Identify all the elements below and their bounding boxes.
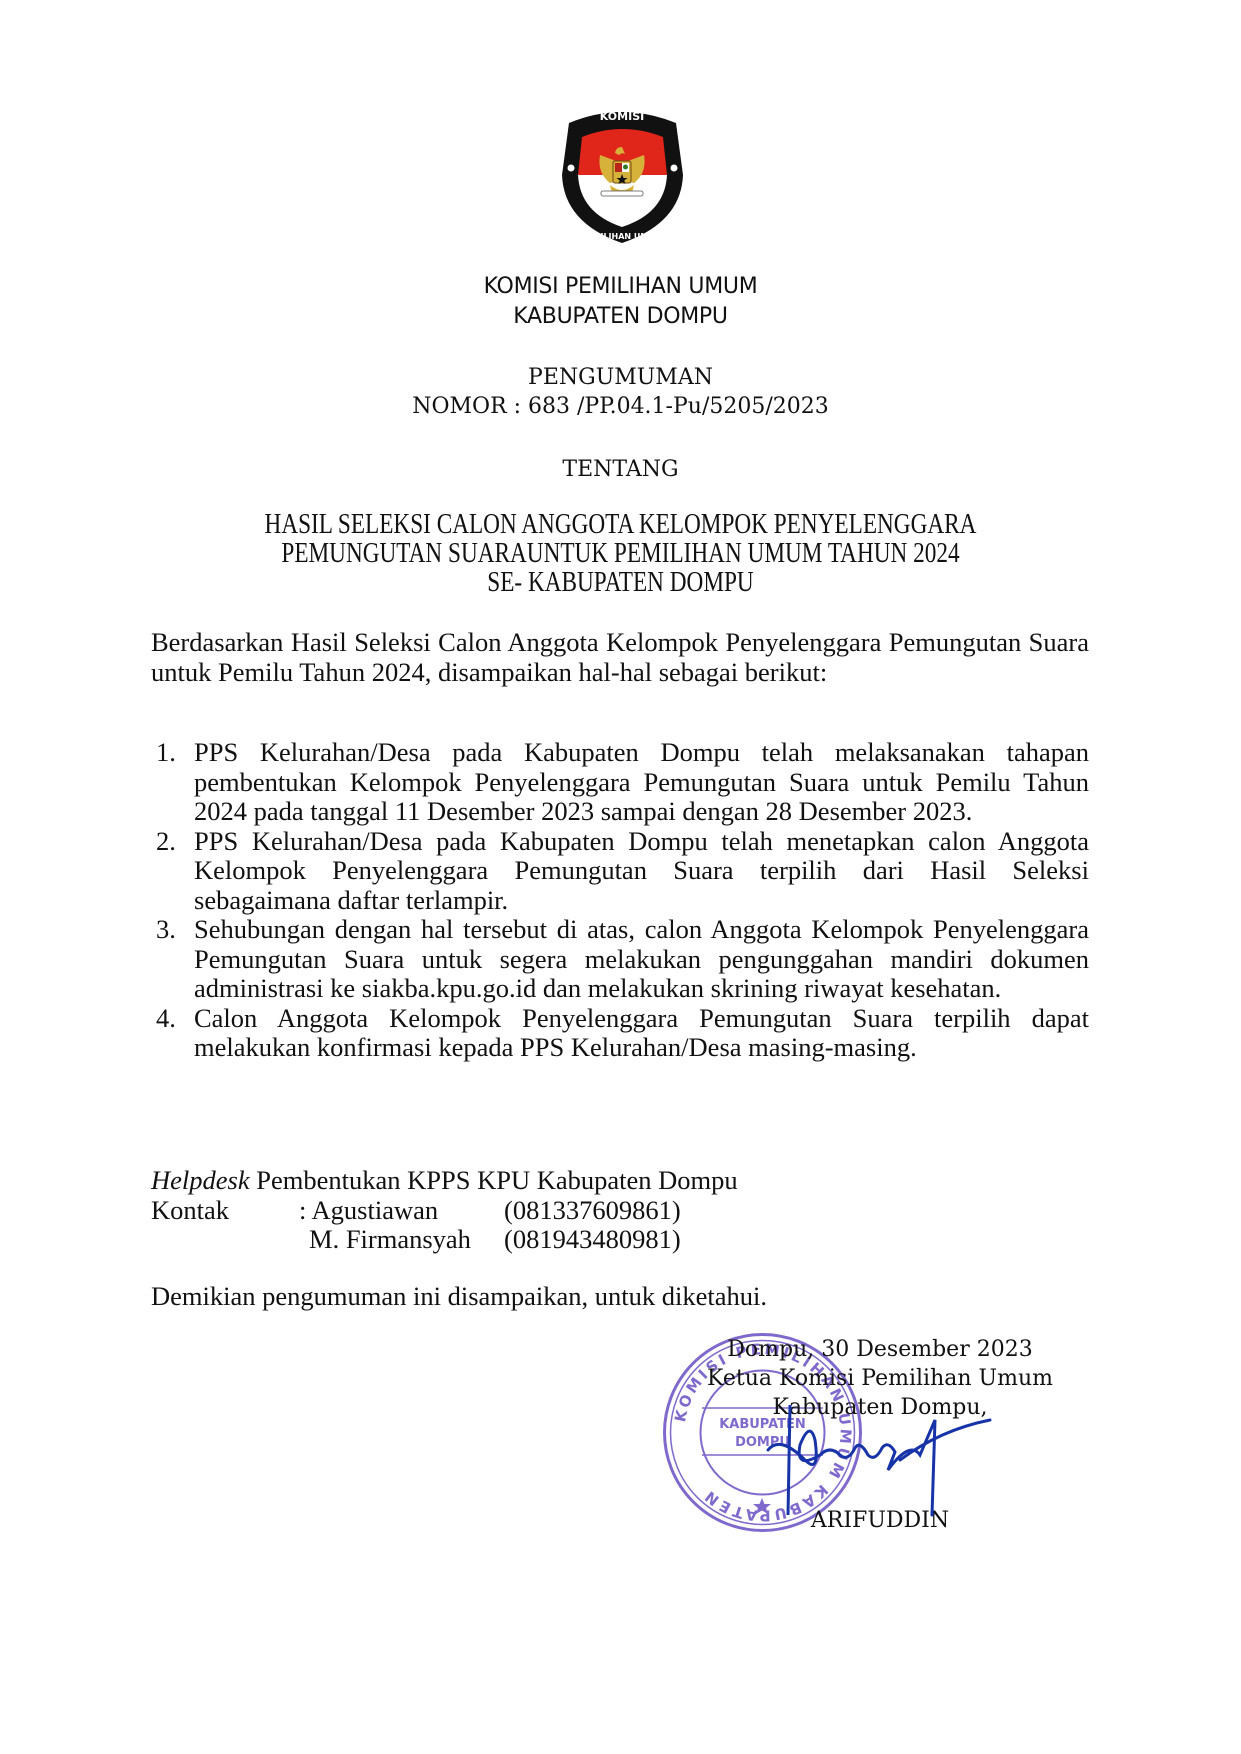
announcement-heading: PENGUMUMAN NOMOR : 683 /PP.04.1-Pu/5205/… xyxy=(0,363,1241,421)
list-item: 4. Calon Anggota Kelompok Penyelenggara … xyxy=(151,1004,1089,1063)
contact-name: M. Firmansyah xyxy=(299,1225,504,1255)
contact-phone: (081337609861) xyxy=(504,1196,681,1226)
document-type: PENGUMUMAN xyxy=(0,363,1241,392)
organization-name: KOMISI PEMILIHAN UMUM KABUPATEN DOMPU xyxy=(0,272,1241,332)
list-item: 3. Sehubungan dengan hal tersebut di ata… xyxy=(151,915,1089,1004)
closing-statement: Demikian pengumuman ini disampaikan, unt… xyxy=(151,1282,767,1312)
announcement-list: 1. PPS Kelurahan/Desa pada Kabupaten Dom… xyxy=(151,738,1089,1063)
helpdesk-title: Helpdesk Pembentukan KPPS KPU Kabupaten … xyxy=(151,1166,738,1196)
title-line-3: SE- KABUPATEN DOMPU xyxy=(105,568,1135,597)
list-item-text: Calon Anggota Kelompok Penyelenggara Pem… xyxy=(194,1003,1089,1063)
list-item-number: 1. xyxy=(156,738,176,768)
org-line-2: KABUPATEN DOMPU xyxy=(0,302,1241,332)
list-item-text: PPS Kelurahan/Desa pada Kabupaten Dompu … xyxy=(194,826,1089,915)
org-line-1: KOMISI PEMILIHAN UMUM xyxy=(0,272,1241,302)
title-line-1: HASIL SELEKSI CALON ANGGOTA KELOMPOK PEN… xyxy=(105,510,1135,539)
list-item-number: 4. xyxy=(156,1004,176,1034)
contact-label: Kontak xyxy=(151,1196,299,1226)
kpu-logo-icon: KOMISI PEMILIHAN UMUM xyxy=(555,105,690,245)
document-title: HASIL SELEKSI CALON ANGGOTA KELOMPOK PEN… xyxy=(105,510,1135,597)
document-page: KOMISI PEMILIHAN UMUM KOMISI PEMILIHAN U… xyxy=(0,0,1241,1754)
title-line-2: PEMUNGUTAN SUARAUNTUK PEMILIHAN UMUM TAH… xyxy=(105,539,1135,568)
list-item-text: Sehubungan dengan hal tersebut di atas, … xyxy=(194,914,1089,1003)
list-item-number: 3. xyxy=(156,915,176,945)
contact-row: M. Firmansyah (081943480981) xyxy=(151,1225,738,1255)
document-number: NOMOR : 683 /PP.04.1-Pu/5205/2023 xyxy=(0,392,1241,421)
list-item-text: PPS Kelurahan/Desa pada Kabupaten Dompu … xyxy=(194,737,1089,826)
svg-text:KOMISI: KOMISI xyxy=(600,110,644,123)
svg-text:PEMILIHAN UMUM: PEMILIHAN UMUM xyxy=(581,232,663,241)
contact-phone: (081943480981) xyxy=(504,1225,681,1255)
place-date: Dompu, 30 Desember 2023 xyxy=(680,1335,1080,1364)
signer-role-line-1: Ketua Komisi Pemilihan Umum xyxy=(680,1364,1080,1393)
contact-name: : Agustiawan xyxy=(299,1196,504,1226)
helpdesk-block: Helpdesk Pembentukan KPPS KPU Kabupaten … xyxy=(151,1166,738,1255)
about-label: TENTANG xyxy=(0,455,1241,484)
list-item-number: 2. xyxy=(156,827,176,857)
intro-paragraph: Berdasarkan Hasil Seleksi Calon Anggota … xyxy=(151,628,1089,687)
helpdesk-label: Helpdesk xyxy=(151,1165,250,1195)
helpdesk-title-rest: Pembentukan KPPS KPU Kabupaten Dompu xyxy=(250,1165,738,1195)
list-item: 1. PPS Kelurahan/Desa pada Kabupaten Dom… xyxy=(151,738,1089,827)
list-item: 2. PPS Kelurahan/Desa pada Kabupaten Dom… xyxy=(151,827,1089,916)
contact-row: Kontak : Agustiawan (081337609861) xyxy=(151,1196,738,1226)
handwritten-signature-icon xyxy=(760,1400,1000,1520)
